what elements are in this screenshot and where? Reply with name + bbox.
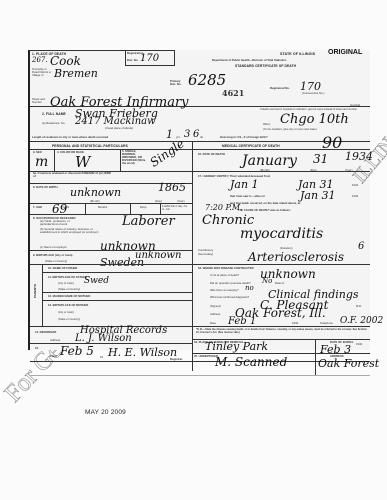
age-days-label: Days — [140, 205, 146, 209]
occupation-sub-b: (b) General nature of industry, business… — [40, 228, 100, 234]
contributory-label: Contributory (Secondary) — [198, 248, 220, 256]
telephone-label: Telephone — [320, 321, 333, 325]
township-label: Township or Road District or Village of — [32, 68, 52, 77]
registrar-name: H. E. Wilson — [108, 346, 177, 359]
less-than-label: If LESS than 1 day...hrs. or...min. — [162, 205, 190, 211]
department-label: Department of Public Health—Division of … — [212, 58, 286, 62]
filed-label: Filed — [50, 354, 57, 358]
parents-side-label: PARENTS — [33, 284, 37, 298]
watermark-right: ILLINOIS DEATH — [349, 55, 387, 189]
death-certificate: STATE OF ILLINOIS ORIGINAL Department of… — [28, 50, 370, 350]
hospital-note: If death occurred in hospital or institu… — [260, 108, 360, 111]
father-city-value: Swed — [84, 276, 109, 286]
filed-year-prefix: 19 — [100, 355, 103, 359]
filed-number-label: 15. — [35, 346, 39, 350]
death-time: 7:20 P.M. — [205, 203, 243, 212]
form-title: STANDARD CERTIFICATE OF DEATH — [235, 64, 296, 68]
where-contracted-label: 18. WHERE WAS DISEASE CONTRACTED — [198, 266, 254, 270]
nb-note: *N. B.—State the disease causing death, … — [196, 328, 368, 334]
personal-section-title: PERSONAL AND STATISTICAL PARTICULARS — [52, 144, 128, 148]
age-months-label: Months — [98, 205, 107, 209]
mother-state-label: (State or Country) — [58, 317, 80, 321]
cause-2: myocarditis — [240, 226, 323, 242]
sex-value: m — [35, 154, 48, 170]
signed-date-label: Date — [210, 321, 216, 325]
original-label: ORIGINAL — [328, 49, 362, 56]
birthplace-label: 9. BIRTHPLACE (city or town) — [33, 253, 72, 257]
informant-label: 14. INFORMANT — [35, 330, 56, 334]
operation-date-label: Date of — [275, 281, 284, 285]
consecutive-label: (Consecutive No.) — [302, 91, 324, 95]
last-alive-value: Jan 31 — [300, 189, 336, 202]
primary-dist-label: Primary Dist. No. — [170, 80, 186, 86]
filed-date: Feb 5 — [60, 344, 94, 358]
dob-year: 1865 — [158, 181, 186, 194]
state-header: STATE OF ILLINOIS — [280, 52, 315, 56]
township-value: Bremen — [54, 67, 98, 80]
undertaker-address-value: Oak Forest — [318, 357, 379, 370]
scanned-page: For Genealogy Purposes Only STATE OF ILL… — [0, 0, 387, 500]
last-alive-label: that I last saw h— alive on — [230, 194, 265, 198]
test-label: What test confirmed diagnosis? — [210, 295, 249, 299]
mother-name-label: 12. MAIDEN NAME OF MOTHER — [48, 294, 90, 298]
mother-birthplace-label: 13. BIRTHPLACE OF MOTHER — [48, 303, 88, 307]
father-birthplace-label: 11. BIRTHPLACE OF FATHER — [48, 275, 87, 279]
registration-dist-no: 170 — [140, 53, 159, 64]
father-state-label: (State or Country) — [58, 287, 80, 291]
length-years: 1 — [166, 128, 173, 141]
autopsy-value: no — [245, 284, 254, 292]
attended-to-year: 1934 — [352, 183, 358, 187]
cause-label: The CAUSE OF DEATH* was as follows: — [238, 208, 291, 212]
age-label: 7. AGE — [33, 205, 42, 209]
certificate-number: 4621 — [222, 88, 244, 98]
county-value: Cook — [50, 54, 81, 68]
length-residence-label: Length of residence in city or town wher… — [32, 135, 108, 139]
mother-city-label: (city or town) — [58, 310, 74, 314]
duration-ds: 6 — [358, 241, 364, 252]
occupation-sub-a: (a) Trade, profession, or particular kin… — [40, 220, 82, 226]
marital-label: 5. SINGLE, MARRIED, WIDOWED, OR DIVORCED… — [122, 150, 150, 165]
foreign-label: How long in U.S., if of foreign birth? — [220, 135, 268, 139]
informant-address-label: Address — [50, 338, 60, 342]
signed-label: (Signed) — [210, 304, 221, 308]
color-value: W — [75, 153, 90, 171]
father-city-label: (city or town) — [58, 281, 74, 285]
ds-label: ds. — [200, 135, 204, 139]
registered-no-label: Registered No. — [270, 86, 290, 90]
dob-label: 6. DATE OF BIRTH — [33, 185, 58, 189]
date-of-death-label: 16. DATE OF DEATH — [198, 152, 225, 156]
street-label: Street and Number — [32, 98, 48, 104]
residence-label: (a) Residence. No. — [42, 121, 65, 125]
dob-month: unknown — [70, 186, 121, 199]
length-ds: 6 — [193, 129, 199, 140]
ward-value: Chgo 10th — [280, 112, 349, 127]
md-label: M.D. — [356, 304, 362, 308]
autopsy-label: Was there an autopsy? — [210, 288, 239, 292]
contributory-value: Arteriosclerosis — [248, 250, 344, 264]
undertaker-value: M. Scanned — [215, 355, 287, 369]
residence-note: (Usual place of abode) — [105, 126, 133, 130]
burial-place-value: Tinley Park — [205, 340, 268, 353]
length-mos: 3 — [184, 129, 190, 140]
operation-value: No — [262, 277, 272, 285]
burial-year: 1934 — [356, 342, 362, 346]
if-not-label: If not at place of death? — [210, 273, 239, 277]
spouse-label: 5a. If married, widowed or divorced HUSB… — [33, 172, 113, 178]
primary-dist-value: 6285 — [188, 71, 226, 89]
death-day: 31 — [313, 152, 328, 166]
death-month: January — [242, 153, 297, 169]
father-name-label: 10. NAME OF FATHER — [48, 266, 77, 270]
received-date-stamp: MAY 20 2009 — [85, 409, 126, 416]
telephone-value: O.F. 2002 — [340, 316, 383, 326]
employer-label: (c) Name of employer — [40, 245, 67, 249]
signed-year: 1934 — [292, 321, 298, 325]
birthplace-state-label: (State or Country) — [45, 259, 67, 263]
birthplace-country: Sweden — [100, 256, 144, 269]
full-name-label: 2. FULL NAME — [42, 112, 66, 116]
doctor-address-label: Address — [210, 312, 220, 316]
county-prefix: 267. — [32, 56, 48, 64]
medical-section-title: MEDICAL CERTIFICATE OF DEATH — [222, 144, 280, 148]
last-alive-year: 1934 — [352, 194, 358, 198]
occupation-value: Laborer — [122, 214, 175, 229]
attended-from: Jan 1 — [230, 178, 259, 191]
ward-label: Ward, — [263, 122, 270, 126]
ward-note: (If non-resident, give city or town and … — [263, 127, 317, 131]
dist-no-label: Dist. No. — [127, 58, 138, 62]
